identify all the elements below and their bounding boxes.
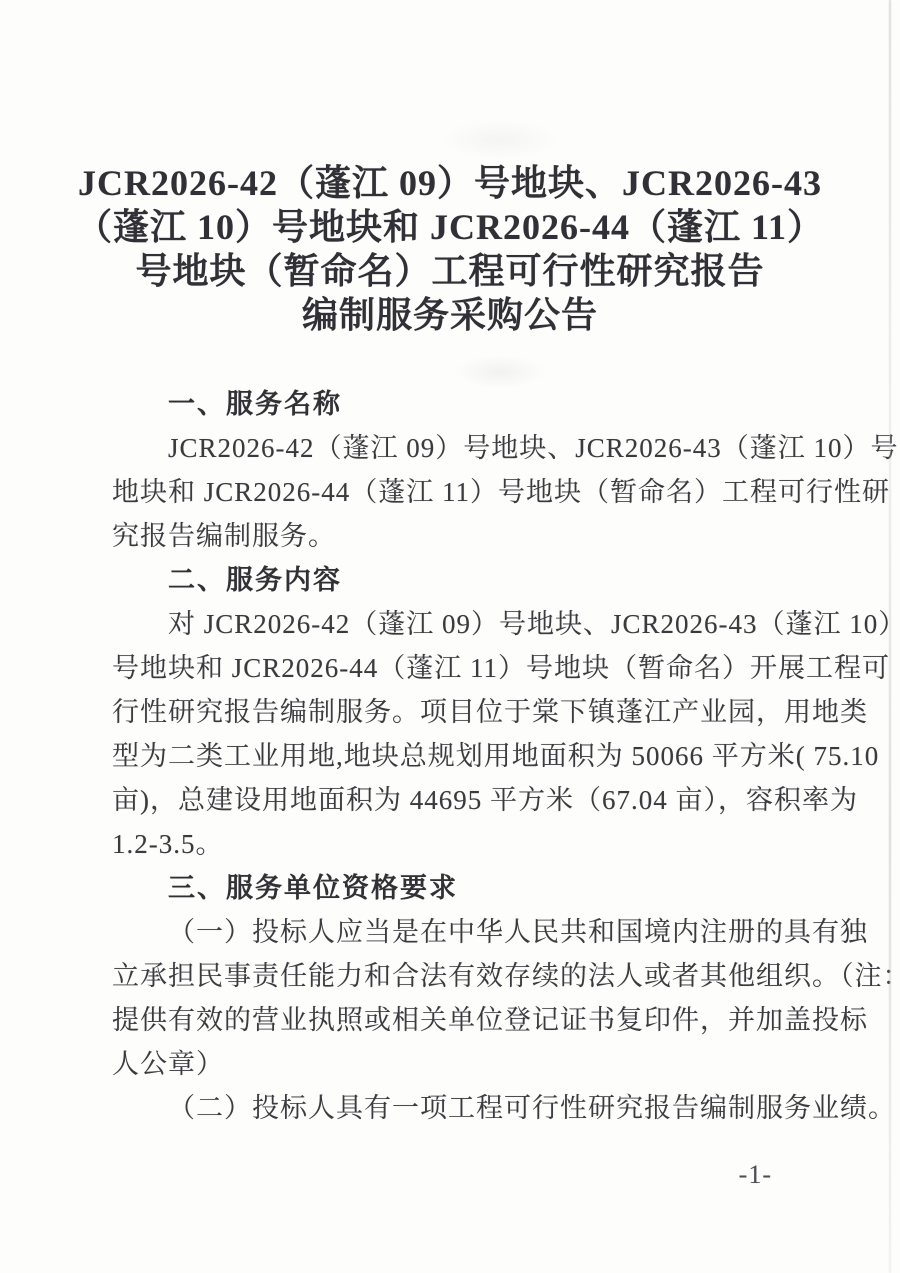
body-line: 人公章） <box>112 1042 820 1086</box>
document-title: JCR2026-42（蓬江 09）号地块、JCR2026-43 （蓬江 10）号… <box>60 161 840 337</box>
scan-smudge <box>440 120 560 160</box>
body-line: 究报告编制服务。 <box>112 514 820 558</box>
body-line: 地块和 JCR2026-44（蓬江 11）号地块（暂命名）工程可行性研 <box>112 470 820 514</box>
body-line: 立承担民事责任能力和合法有效存续的法人或者其他组织。（注： <box>112 954 820 998</box>
scanned-document-page: JCR2026-42（蓬江 09）号地块、JCR2026-43 （蓬江 10）号… <box>0 0 900 1273</box>
scan-artifact-line <box>889 0 891 1273</box>
body-line: 1.2-3.5。 <box>112 822 820 866</box>
body-line: 亩)，总建设用地面积为 44695 平方米（67.04 亩），容积率为 <box>112 778 820 822</box>
body-line: 行性研究报告编制服务。项目位于棠下镇蓬江产业园，用地类 <box>112 690 820 734</box>
document-body: 一、服务名称 JCR2026-42（蓬江 09）号地块、JCR2026-43（蓬… <box>112 382 820 1130</box>
body-line: JCR2026-42（蓬江 09）号地块、JCR2026-43（蓬江 10）号 <box>112 426 820 470</box>
section-heading-qualification-requirements: 三、服务单位资格要求 <box>112 866 820 910</box>
body-line: 提供有效的营业执照或相关单位登记证书复印件，并加盖投标 <box>112 998 820 1042</box>
body-line: 对 JCR2026-42（蓬江 09）号地块、JCR2026-43（蓬江 10） <box>112 602 820 646</box>
section-heading-service-content: 二、服务内容 <box>112 558 820 602</box>
title-line-4: 编制服务采购公告 <box>60 293 840 337</box>
body-line: （一）投标人应当是在中华人民共和国境内注册的具有独 <box>112 910 820 954</box>
section-heading-service-name: 一、服务名称 <box>112 382 820 426</box>
title-line-3: 号地块（暂命名）工程可行性研究报告 <box>60 249 840 293</box>
page-number: -1- <box>0 1160 900 1190</box>
title-line-2: （蓬江 10）号地块和 JCR2026-44（蓬江 11） <box>60 205 840 249</box>
title-line-1: JCR2026-42（蓬江 09）号地块、JCR2026-43 <box>60 161 840 205</box>
body-line: 型为二类工业用地,地块总规划用地面积为 50066 平方米( 75.10 <box>112 734 820 778</box>
body-line: 号地块和 JCR2026-44（蓬江 11）号地块（暂命名）开展工程可 <box>112 646 820 690</box>
body-line: （二）投标人具有一项工程可行性研究报告编制服务业绩。 <box>112 1086 820 1130</box>
